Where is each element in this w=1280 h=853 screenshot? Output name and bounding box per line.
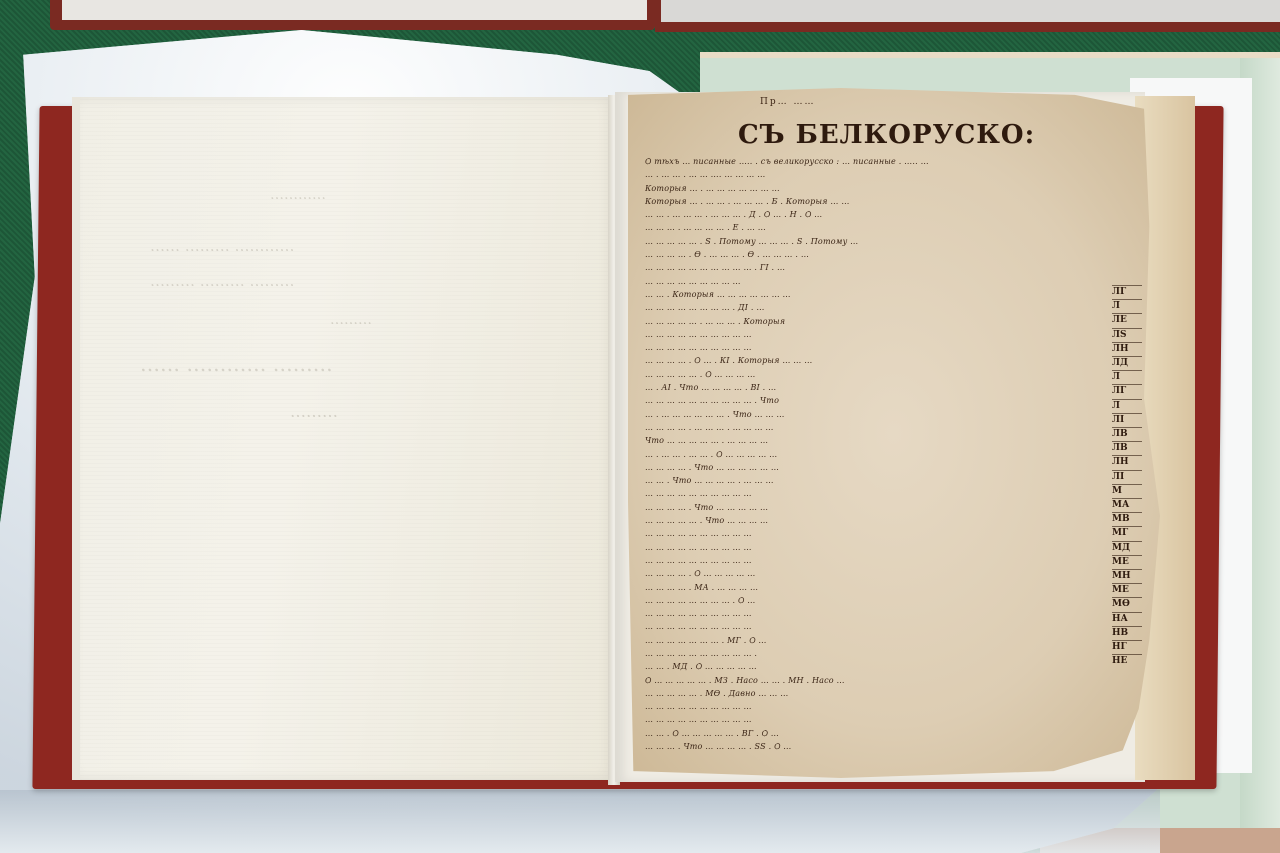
bleed-through-text: ……… [330, 312, 372, 328]
manuscript-line: … … … … … … … … … … [645, 527, 1115, 540]
manuscript-line: … … … … … … … … … … [645, 607, 1115, 620]
manuscript-line: … … … … … … … … … … [645, 328, 1115, 341]
margin-numeral: НГ [1112, 640, 1142, 654]
margin-numeral: МА [1112, 498, 1142, 512]
manuscript-line: … … … … … . Что … … … … [645, 514, 1115, 527]
manuscript-line: … … … … … … … … … … . [645, 647, 1115, 660]
margin-numeral: ЛН [1112, 455, 1142, 469]
manuscript-line: … … … … . Ѻ … . КІ . Которыя … … … [645, 354, 1115, 367]
manuscript-line: … … … … … … … … … … [645, 554, 1115, 567]
manuscript-line: … … . Которыя … … … … … … … [645, 288, 1115, 301]
manuscript-line: … . АІ . Что … … … … . ВІ . … [645, 381, 1115, 394]
manuscript-line: … … … . Что … … … … . ЅЅ . Ѻ … [645, 740, 1115, 753]
margin-numeral: НЕ [1112, 654, 1142, 668]
margin-numeral: ЛН [1112, 342, 1142, 356]
manuscript-text: Ѻ тѣхъ … писанные ….. . съ великорусско … [645, 155, 1115, 755]
margin-numeral: МЕ [1112, 555, 1142, 569]
margin-numeral: ЛВ [1112, 441, 1142, 455]
manuscript-line: … … . … … … . … … … . Д . Ѻ … . Н . Ѻ … [645, 208, 1115, 221]
margin-numeral: МЕ [1112, 583, 1142, 597]
margin-numeral: Л [1112, 299, 1142, 313]
bleed-through-text: ………… ……… …… [150, 237, 295, 255]
margin-numeral: ЛЕ [1112, 313, 1142, 327]
manuscript-line: … … … … … . … … … . Которыя [645, 315, 1115, 328]
margin-numeral: МД [1112, 541, 1142, 555]
manuscript-line: Что … … … … … . … … … … [645, 434, 1115, 447]
manuscript-line: … … … … … . МѲ . Давно … … … [645, 687, 1115, 700]
margin-numeral: НА [1112, 612, 1142, 626]
margin-numeral: ЛЅ [1112, 328, 1142, 342]
manuscript-line: … … … … … . Ѻ … … Да … … … [645, 753, 1115, 755]
margin-numeral: ЛГ [1112, 384, 1142, 398]
margin-numeral: ЛГ [1112, 285, 1142, 299]
manuscript-line: … . … … … … … … . Что … … … [645, 408, 1115, 421]
manuscript-line: … … … … . Что … … … … … [645, 501, 1115, 514]
margin-numeral: ЛВ [1112, 427, 1142, 441]
margin-numeral: ЛД [1112, 356, 1142, 370]
manuscript-line: … … … … … … … … … … [645, 341, 1115, 354]
manuscript-line: … … … … … … … … … [645, 275, 1115, 288]
manuscript-line: Ѻ … … … … … . МЗ . Насо … … . МН . Насо … [645, 674, 1115, 687]
top-folder-left [50, 0, 655, 30]
manuscript-header-line: Пр… …… [760, 97, 815, 107]
margin-numeral: МН [1112, 569, 1142, 583]
manuscript-line: … … … . … … … … . Е . … … [645, 221, 1115, 234]
manuscript-line: Ѻ тѣхъ … писанные ….. . съ великорусско … [645, 155, 1115, 168]
margin-numeral: ЛІ [1112, 470, 1142, 484]
manuscript-line: … . … … . … … . Ѻ … … … … … [645, 448, 1115, 461]
manuscript-line: … … … … . Что … … … … … … [645, 461, 1115, 474]
manuscript-line: Которыя … . … … … … … … … [645, 182, 1115, 195]
manuscript-line: … … … … … … … … … … [645, 541, 1115, 554]
manuscript-line: … … … … … … … … . ДІ . … [645, 301, 1115, 314]
manuscript-line: … … … … … . Ѻ … … … … [645, 368, 1115, 381]
margin-numeral: МѲ [1112, 597, 1142, 611]
margin-numeral: НВ [1112, 626, 1142, 640]
margin-numeral: МГ [1112, 526, 1142, 540]
bleed-through-text: ……… ……… ……… [150, 272, 295, 290]
manuscript-line: … … . МД . Ѻ … … … … … [645, 660, 1115, 673]
manuscript-line: … … … … … . Ѕ . Потому … … … . Ѕ . Потом… [645, 235, 1115, 248]
manuscript-line: … … … … . … … … . … … … … [645, 421, 1115, 434]
bleed-through-text: ……… [290, 402, 338, 421]
manuscript-line: … . … … . … … …. … … … … [645, 168, 1115, 181]
manuscript-line: … … … … … … … … … … [645, 487, 1115, 500]
manuscript-line: … … … … … … … … … … [645, 713, 1115, 726]
manuscript-line: … … . Что … … … … . … … … [645, 474, 1115, 487]
bleed-through-text: ……… ………… …… [140, 352, 333, 376]
margin-numeral: Л [1112, 399, 1142, 413]
manuscript-line: … … … … … … … … … … [645, 700, 1115, 713]
manuscript-line: … … . Ѻ … … … … … . ВГ . Ѻ … [645, 727, 1115, 740]
manuscript-line: … … … … … … … . МГ . Ѻ … [645, 634, 1115, 647]
bleed-through-text: ………… [270, 187, 326, 203]
manuscript-line: … … … … . Ѳ . … … … . Ѳ . … … … . … [645, 248, 1115, 261]
margin-numeral: ЛІ [1112, 413, 1142, 427]
top-folder-right [655, 0, 1280, 32]
manuscript-line: … … … … … … … … . Ѻ … [645, 594, 1115, 607]
margin-numeral: М [1112, 484, 1142, 498]
manuscript-line: … … … … . Ѻ … … … … … [645, 567, 1115, 580]
manuscript-line: Которыя … . … … . … … … . Б . Которыя … … [645, 195, 1115, 208]
manuscript-line: … … … … . МА . … … … … [645, 581, 1115, 594]
margin-numeral: Л [1112, 370, 1142, 384]
manuscript-line: … … … … … … … … … … . ГІ . … [645, 261, 1115, 274]
manuscript-line: … … … … … … … … … … [645, 620, 1115, 633]
margin-numerals: ЛГ Л ЛЕ ЛЅ ЛН ЛД Л ЛГ Л ЛІ ЛВ ЛВ ЛН ЛІ М… [1112, 285, 1142, 668]
manuscript-line: … … … … … … … … … … . Что [645, 394, 1115, 407]
manuscript-title: СЪ БЕЛКОРУСКО: [738, 120, 1035, 150]
left-page: ………… ………… ……… …… ……… ……… ……… ……… ……… ………… [72, 97, 618, 780]
margin-numeral: МВ [1112, 512, 1142, 526]
tissue-paper-fold [0, 790, 1160, 853]
